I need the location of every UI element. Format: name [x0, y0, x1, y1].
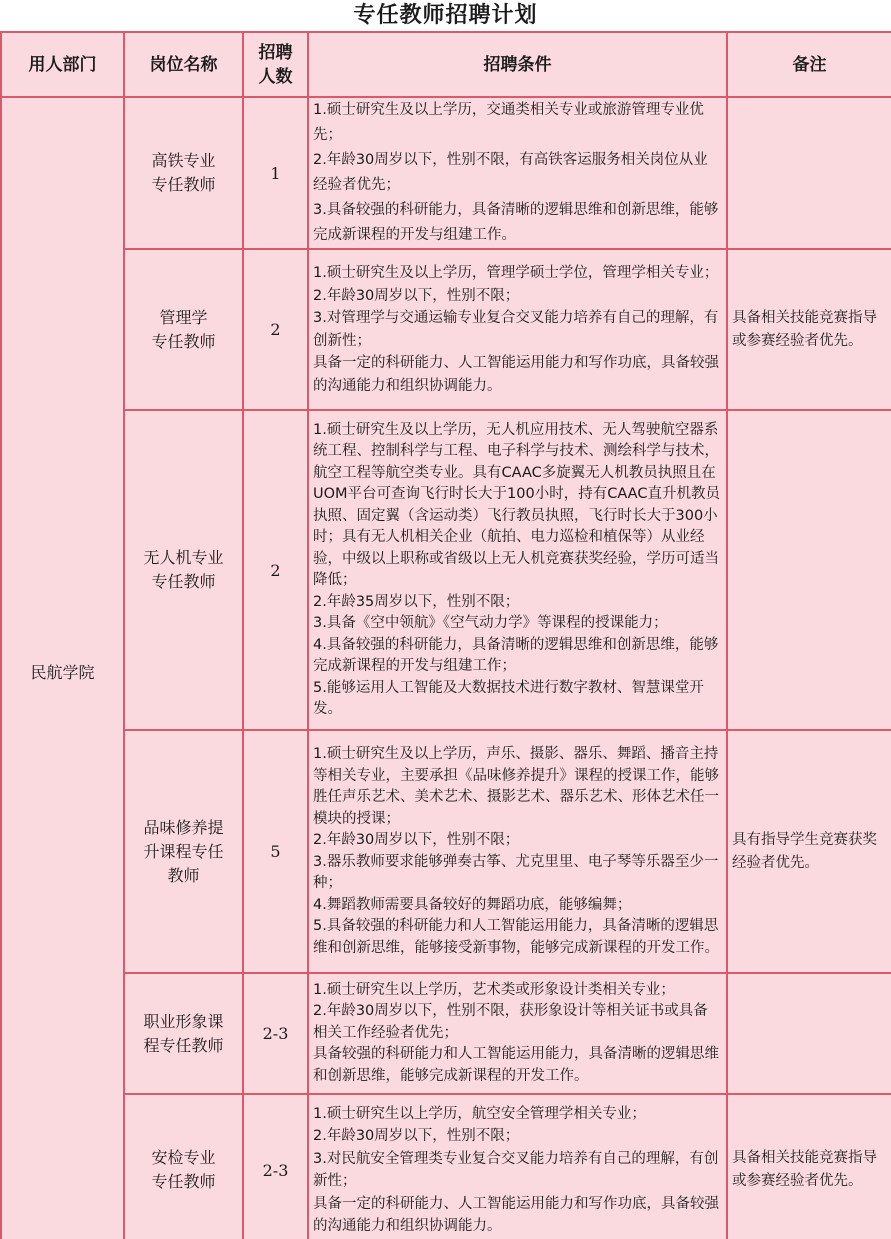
- count-cell: 1: [243, 97, 308, 249]
- note-cell: [727, 410, 891, 730]
- condition-item: 具备一定的科研能力、人工智能运用能力和写作功底，具备较强的沟通能力和组织协调能力…: [313, 352, 722, 397]
- condition-item: 2.年龄30周岁以下，性别不限，获形象设计等相关证书或具备相关工作经验者优先；: [313, 1001, 722, 1044]
- condition-item: 1.硕士研究生以上学历，艺术类或形象设计类相关专业；: [313, 980, 722, 1002]
- table-row: 品味修养提 升课程专任 教师 5 1.硕士研究生及以上学历，声乐、摄影、器乐、舞…: [1, 730, 891, 973]
- condition-item: 3.对民航安全管理类专业复合交叉能力培养有自己的理解，有创新性；: [313, 1148, 722, 1193]
- count-cell: 5: [243, 730, 308, 973]
- position-cell: 安检专业 专任教师: [124, 1094, 243, 1239]
- condition-item: 2.年龄30周岁以下，性别不限；: [313, 1125, 722, 1148]
- condition-item: 5.具备较强的科研能力和人工智能运用能力，具备清晰的逻辑思维和创新思维，能够接受…: [313, 916, 722, 959]
- count-cell: 2-3: [243, 973, 308, 1094]
- position-cell: 品味修养提 升课程专任 教师: [124, 730, 243, 973]
- condition-item: 1.硕士研究生以上学历，航空安全管理学相关专业；: [313, 1103, 722, 1126]
- note-cell: 具备相关技能竞赛指导或参赛经验者优先。: [727, 1094, 891, 1239]
- table-row: 职业形象课 程专任教师 2-3 1.硕士研究生以上学历，艺术类或形象设计类相关专…: [1, 973, 891, 1094]
- header-conditions: 招聘条件: [308, 32, 727, 97]
- header-count: 招聘人数: [243, 32, 308, 97]
- note-cell: [727, 973, 891, 1094]
- note-cell: 具有指导学生竞赛获奖经验者优先。: [727, 730, 891, 973]
- condition-item: 1.硕士研究生及以上学历，声乐、摄影、器乐、舞蹈、播音主持等相关专业，主要承担《…: [313, 744, 722, 830]
- condition-item: 4.具备较强的科研能力，具备清晰的逻辑思维和创新思维，能够完成新课程的开发与组建…: [313, 635, 722, 678]
- condition-item: 2.年龄30周岁以下，性别不限，有高铁客运服务相关岗位从业经验者优先；: [313, 148, 722, 198]
- condition-item: 1.硕士研究生及以上学历，交通类相关专业或旅游管理专业优先；: [313, 98, 722, 148]
- condition-item: 1.硕士研究生及以上学历，无人机应用技术、无人驾驶航空器系统工程、控制科学与工程…: [313, 420, 722, 592]
- recruitment-table: 用人部门 岗位名称 招聘人数 招聘条件 备注 民航学院 高铁专业 专任教师 1 …: [0, 31, 891, 1239]
- condition-item: 1.硕士研究生及以上学历，管理学硕士学位，管理学相关专业；: [313, 262, 722, 285]
- table-row: 安检专业 专任教师 2-3 1.硕士研究生以上学历，航空安全管理学相关专业； 2…: [1, 1094, 891, 1239]
- note-cell: 具备相关技能竞赛指导或参赛经验者优先。: [727, 249, 891, 410]
- count-cell: 2: [243, 249, 308, 410]
- condition-item: 具备较强的科研能力和人工智能运用能力，具备清晰的逻辑思维和创新思维，能够完成新课…: [313, 1044, 722, 1087]
- position-cell: 高铁专业 专任教师: [124, 97, 243, 249]
- condition-item: 3.器乐教师要求能够弹奏古筝、尤克里里、电子琴等乐器至少一种；: [313, 852, 722, 895]
- table-row: 无人机专业 专任教师 2 1.硕士研究生及以上学历，无人机应用技术、无人驾驶航空…: [1, 410, 891, 730]
- condition-item: 3.具备《空中领航》《空气动力学》等课程的授课能力；: [313, 613, 722, 635]
- condition-item: 2.年龄35周岁以下，性别不限；: [313, 592, 722, 614]
- header-notes: 备注: [727, 32, 891, 97]
- table-header-row: 用人部门 岗位名称 招聘人数 招聘条件 备注: [1, 32, 891, 97]
- count-cell: 2: [243, 410, 308, 730]
- conditions-cell: 1.硕士研究生及以上学历，声乐、摄影、器乐、舞蹈、播音主持等相关专业，主要承担《…: [308, 730, 727, 973]
- position-cell: 管理学 专任教师: [124, 249, 243, 410]
- table-row: 民航学院 高铁专业 专任教师 1 1.硕士研究生及以上学历，交通类相关专业或旅游…: [1, 97, 891, 249]
- condition-item: 具备一定的科研能力、人工智能运用能力和写作功底，具备较强的沟通能力和组织协调能力…: [313, 1193, 722, 1238]
- condition-item: 2.年龄30周岁以下，性别不限；: [313, 285, 722, 308]
- department-cell: 民航学院: [1, 97, 124, 1239]
- condition-item: 2.年龄30周岁以下，性别不限；: [313, 830, 722, 852]
- conditions-cell: 1.硕士研究生及以上学历，管理学硕士学位，管理学相关专业； 2.年龄30周岁以下…: [308, 249, 727, 410]
- table-row: 管理学 专任教师 2 1.硕士研究生及以上学历，管理学硕士学位，管理学相关专业；…: [1, 249, 891, 410]
- condition-item: 4.舞蹈教师需要具备较好的舞蹈功底，能够编舞；: [313, 895, 722, 917]
- header-dept: 用人部门: [1, 32, 124, 97]
- conditions-cell: 1.硕士研究生以上学历，航空安全管理学相关专业； 2.年龄30周岁以下，性别不限…: [308, 1094, 727, 1239]
- header-position: 岗位名称: [124, 32, 243, 97]
- condition-item: 3.对管理学与交通运输专业复合交叉能力培养有自己的理解，有创新性；: [313, 307, 722, 352]
- page-title: 专任教师招聘计划: [0, 2, 891, 30]
- position-cell: 职业形象课 程专任教师: [124, 973, 243, 1094]
- note-cell: [727, 97, 891, 249]
- position-cell: 无人机专业 专任教师: [124, 410, 243, 730]
- conditions-cell: 1.硕士研究生及以上学历，交通类相关专业或旅游管理专业优先； 2.年龄30周岁以…: [308, 97, 727, 249]
- condition-item: 3.具备较强的科研能力，具备清晰的逻辑思维和创新思维，能够完成新课程的开发与组建…: [313, 198, 722, 248]
- condition-item: 5.能够运用人工智能及大数据技术进行数字教材、智慧课堂开发。: [313, 678, 722, 721]
- count-cell: 2-3: [243, 1094, 308, 1239]
- conditions-cell: 1.硕士研究生以上学历，艺术类或形象设计类相关专业； 2.年龄30周岁以下，性别…: [308, 973, 727, 1094]
- conditions-cell: 1.硕士研究生及以上学历，无人机应用技术、无人驾驶航空器系统工程、控制科学与工程…: [308, 410, 727, 730]
